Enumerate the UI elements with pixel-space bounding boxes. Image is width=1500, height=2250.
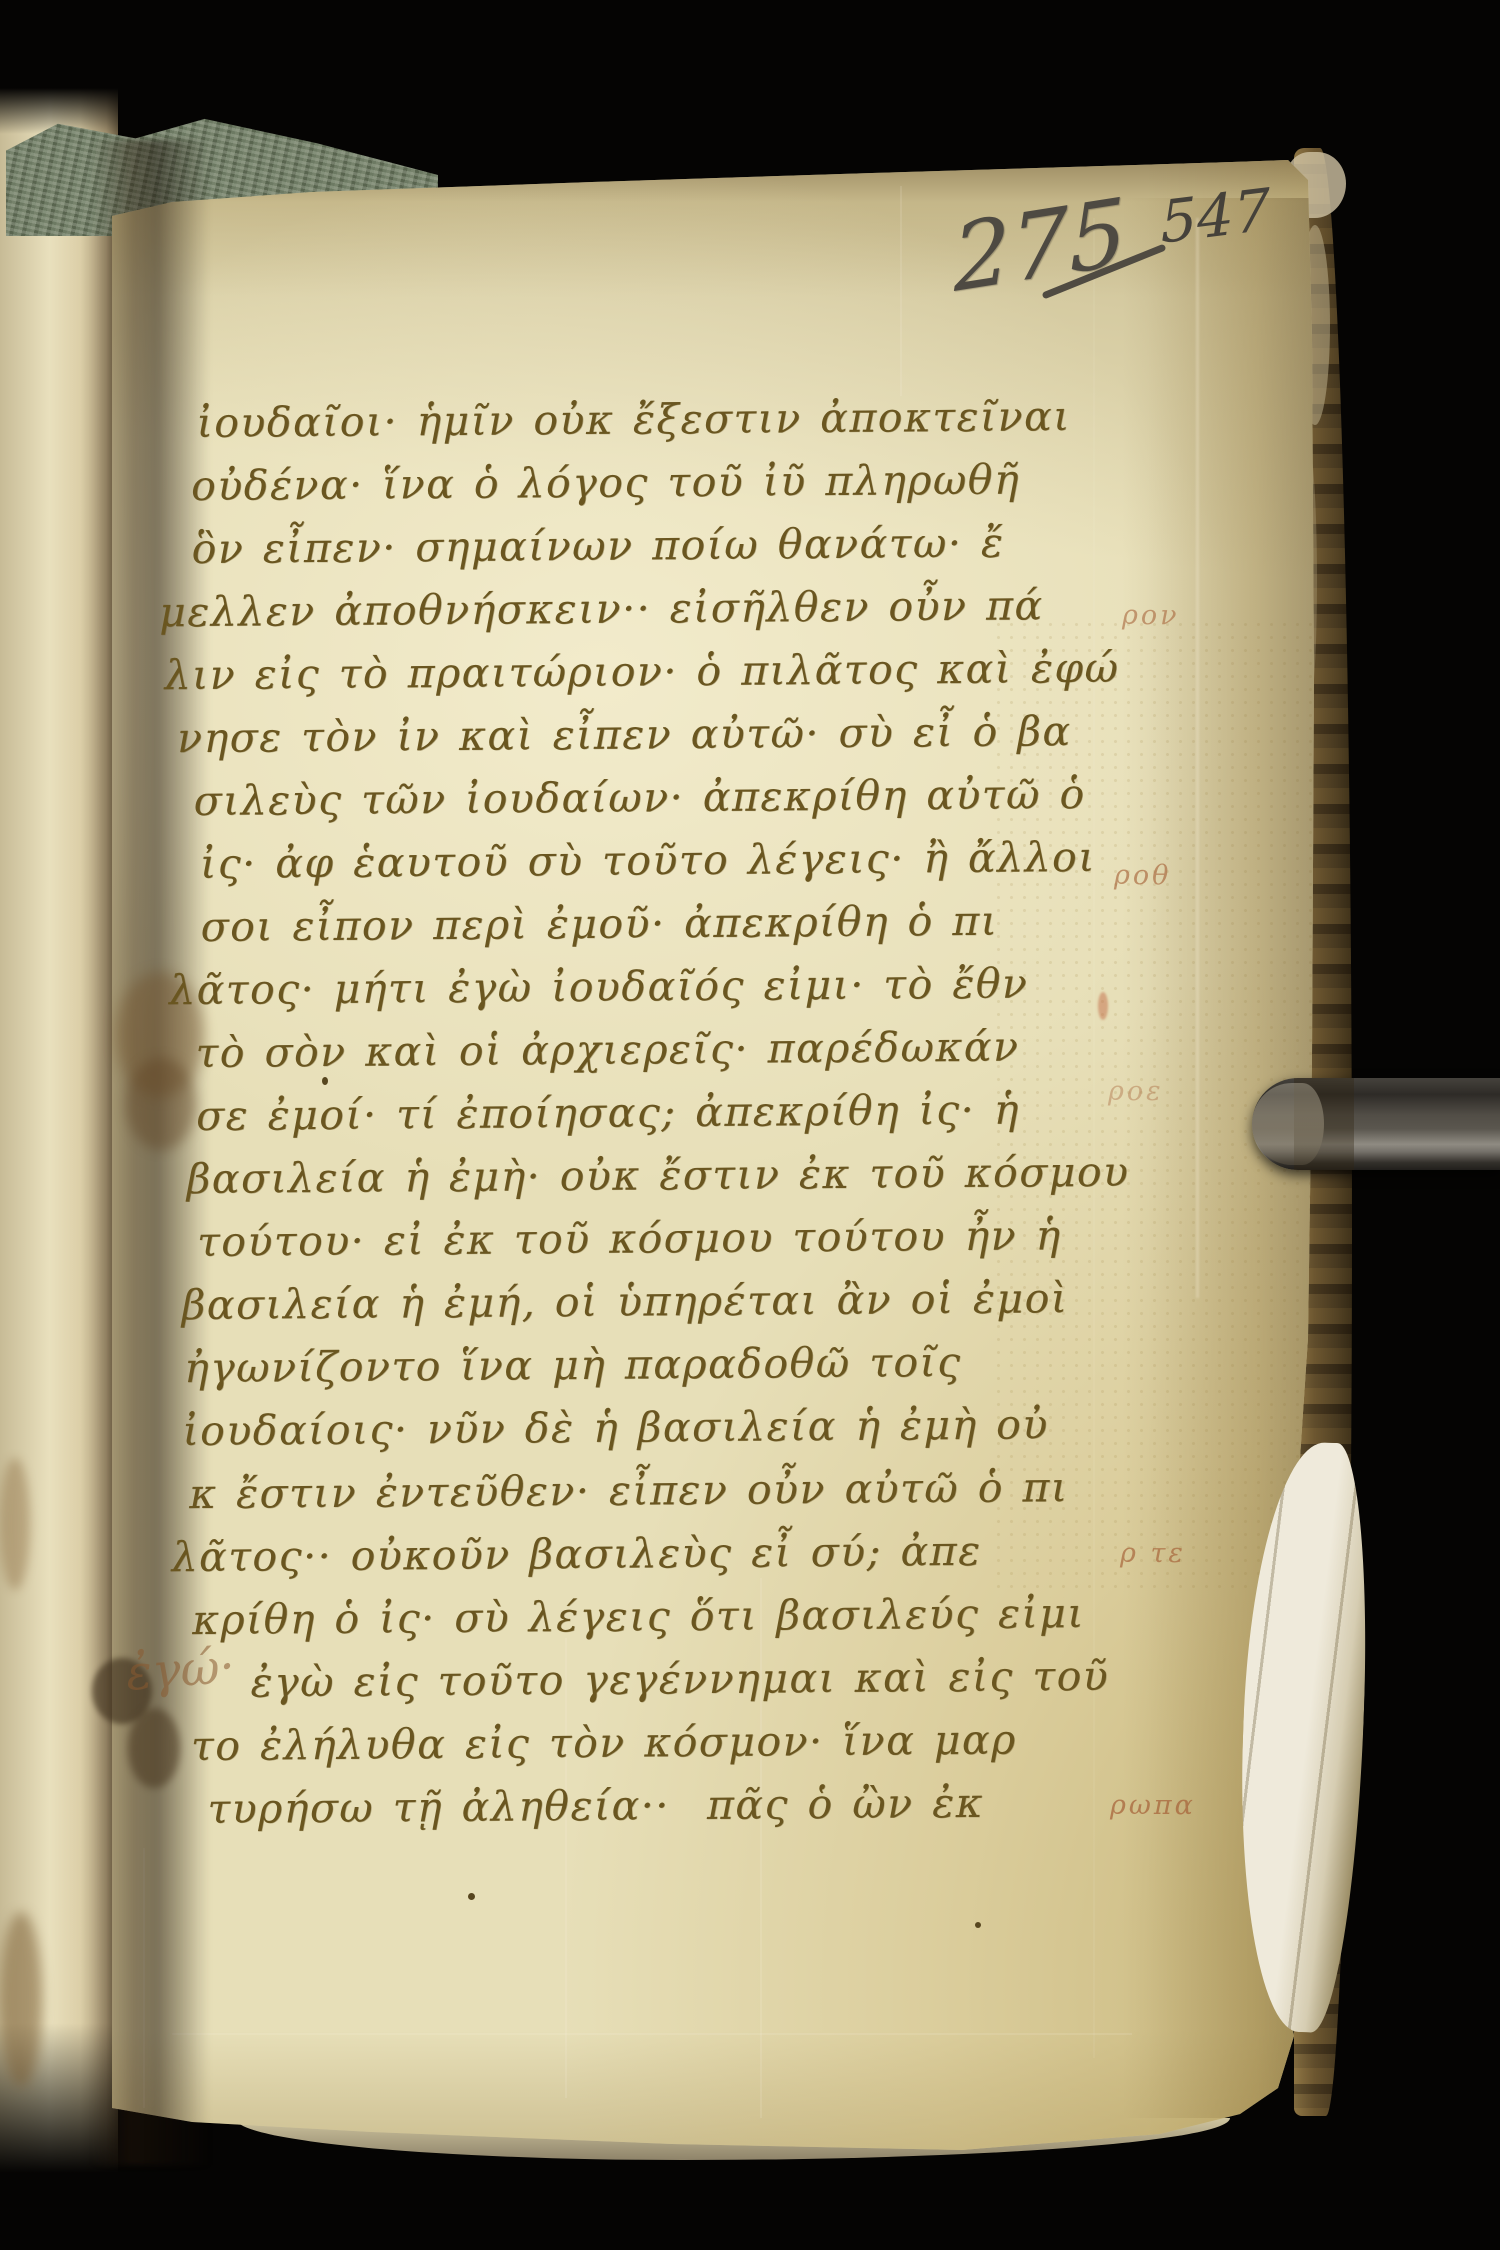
ruling-line (760, 1578, 762, 2118)
shadow-gradient (0, 2023, 118, 2173)
ink-speck (468, 1893, 475, 1900)
ruling-line (172, 2033, 1132, 2035)
marginal-rubric: ρον (1122, 600, 1180, 631)
marginal-rubric: ροε (1108, 1076, 1164, 1107)
ruling-line (143, 1848, 145, 2108)
glass-weight-rod (1252, 1078, 1500, 1170)
ruling-line (900, 186, 902, 396)
line-initial-ornament: ἐγώ· (124, 1638, 236, 1701)
ruling-line (565, 1638, 567, 2098)
marginal-rubric: ρ τε (1120, 1538, 1186, 1569)
ruling-line (1093, 218, 1095, 2058)
red-fleck (1098, 992, 1108, 1020)
fold-crease (1196, 218, 1199, 1298)
manuscript-photo: 275 547 ἐγώ· ἰουδαῖοι· ἡμῖν οὐκ ἔξεστιν … (0, 0, 1500, 2250)
ink-speck (975, 1922, 981, 1928)
parchment-page (112, 158, 1330, 2150)
marginal-rubric: ροθ (1114, 860, 1171, 891)
folio-number-pencil-small: 547 (1159, 175, 1271, 257)
facing-page-edge (0, 88, 118, 2173)
ink-speck (322, 1077, 328, 1085)
marginal-rubric: ρωπα (1110, 1790, 1196, 1821)
rod-rounded-tip (1252, 1083, 1324, 1165)
